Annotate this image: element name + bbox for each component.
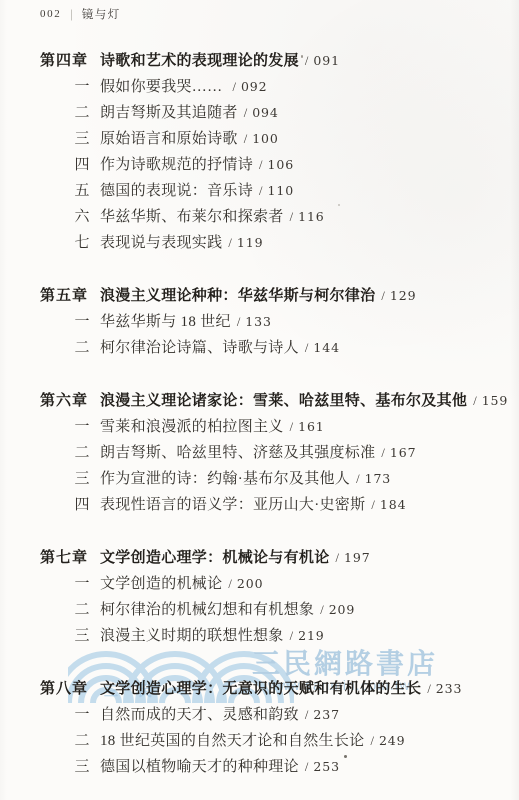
table-of-contents: 第四章诗歌和艺术的表现理论的发展/091 一假如你要我哭…… /092 二朗吉弩… xyxy=(40,48,507,800)
item-title: 华兹华斯与 18 世纪 xyxy=(100,314,231,330)
item-page-number: 173 xyxy=(365,471,392,486)
item-page-number: 237 xyxy=(313,707,340,722)
chapter-page-number: 091 xyxy=(313,53,340,68)
chapter-heading: 第六章浪漫主义理论诸家论：雪莱、哈兹里特、基布尔及其他/159 xyxy=(40,388,507,414)
page-separator: / xyxy=(232,80,235,94)
item-page-number: 100 xyxy=(252,131,279,146)
item-title: 表现说与表现实践 xyxy=(100,235,222,251)
chapter-page-number: 129 xyxy=(390,288,417,303)
chapter-label: 第四章 xyxy=(40,48,100,74)
toc-item: 一文学创造的机械论/200 xyxy=(40,571,507,597)
item-title: 雪莱和浪漫派的柏拉图主义 xyxy=(100,419,284,435)
page-separator: / xyxy=(290,420,293,434)
book-page: 三民 三民網路書店 www.sanmin.com.tw 002 | 镜与灯 第四… xyxy=(0,0,519,800)
page-separator: / xyxy=(356,472,359,486)
chapter-label: 第八章 xyxy=(40,676,100,702)
item-page-number: 184 xyxy=(380,497,407,512)
page-separator: / xyxy=(371,498,374,512)
item-page-number: 116 xyxy=(298,209,325,224)
item-title: 柯尔律治论诗篇、诗歌与诗人 xyxy=(100,340,299,356)
item-page-number: 144 xyxy=(313,340,340,355)
toc-item: 一华兹华斯与 18 世纪/133 xyxy=(40,309,507,335)
item-title: 表现性语言的语义学：亚历山大·史密斯 xyxy=(100,497,365,513)
chapter-title: 浪漫主义理论种种：华兹华斯与柯尔律治 xyxy=(100,288,375,304)
item-number: 一 xyxy=(70,702,94,728)
chapter-title: 文学创造心理学：无意识的天赋和有机体的生长 xyxy=(100,681,421,697)
toc-item: 三德国以植物喻天才的种种理论/253 xyxy=(40,754,507,780)
item-number: 一 xyxy=(70,571,94,597)
page-separator: / xyxy=(290,629,293,643)
item-title: 浪漫主义时期的联想性想象 xyxy=(100,628,284,644)
page-separator: / xyxy=(381,446,384,460)
item-title: 原始语言和原始诗歌 xyxy=(100,131,238,147)
chapter-label: 第六章 xyxy=(40,388,100,414)
toc-item: 六华兹华斯、布莱尔和探索者/116 xyxy=(40,204,507,230)
item-page-number: 092 xyxy=(241,79,268,94)
chapter-page-number: 233 xyxy=(436,681,463,696)
item-number: 一 xyxy=(70,74,94,100)
chapter-title: 诗歌和艺术的表现理论的发展 xyxy=(100,53,299,69)
chapter-label: 第五章 xyxy=(40,283,100,309)
chapter-title: 文学创造心理学：机械论与有机论 xyxy=(100,550,330,566)
page-separator: / xyxy=(259,158,262,172)
item-number: 三 xyxy=(70,754,94,780)
item-number: 三 xyxy=(70,126,94,152)
item-title: 柯尔律治的机械幻想和有机想象 xyxy=(100,602,314,618)
item-page-number: 161 xyxy=(298,419,325,434)
item-page-number: 106 xyxy=(268,157,295,172)
item-page-number: 094 xyxy=(252,105,279,120)
item-page-number: 209 xyxy=(329,602,356,617)
item-title: 18 世纪英国的自然天才论和自然生长论 xyxy=(100,733,364,749)
toc-item: 二柯尔律治的机械幻想和有机想象/209 xyxy=(40,597,507,623)
item-number: 二 xyxy=(70,728,94,754)
page-separator: / xyxy=(305,760,308,774)
item-page-number: 200 xyxy=(237,576,264,591)
toc-chapter-4: 第四章诗歌和艺术的表现理论的发展/091 一假如你要我哭…… /092 二朗吉弩… xyxy=(40,48,507,256)
toc-item: 二柯尔律治论诗篇、诗歌与诗人/144 xyxy=(40,335,507,361)
page-separator: / xyxy=(228,577,231,591)
toc-chapter-8: 第八章文学创造心理学：无意识的天赋和有机体的生长/233 一自然而成的天才、灵感… xyxy=(40,676,507,780)
item-page-number: 167 xyxy=(390,445,417,460)
page-separator: / xyxy=(244,106,247,120)
chapter-page-number: 159 xyxy=(482,393,509,408)
header-separator: | xyxy=(70,6,72,22)
toc-item: 二朗吉弩斯、哈兹里特、济慈及其强度标准/167 xyxy=(40,440,507,466)
paper-speck xyxy=(344,755,347,758)
item-title: 自然而成的天才、灵感和韵致 xyxy=(100,707,299,723)
chapter-heading: 第四章诗歌和艺术的表现理论的发展/091 xyxy=(40,48,507,74)
item-page-number: 219 xyxy=(298,628,325,643)
item-number: 二 xyxy=(70,597,94,623)
running-head: 002 | 镜与灯 xyxy=(40,5,121,23)
toc-item: 七表现说与表现实践/119 xyxy=(40,230,507,256)
page-separator: / xyxy=(370,734,373,748)
page-separator: / xyxy=(228,236,231,250)
toc-item: 一雪莱和浪漫派的柏拉图主义/161 xyxy=(40,414,507,440)
page-separator: / xyxy=(237,315,240,329)
page-separator: / xyxy=(320,603,323,617)
toc-item: 三原始语言和原始诗歌/100 xyxy=(40,126,507,152)
paper-speck xyxy=(338,204,340,206)
toc-item: 三作为宣泄的诗：约翰·基布尔及其他人/173 xyxy=(40,466,507,492)
toc-chapter-7: 第七章文学创造心理学：机械论与有机论/197 一文学创造的机械论/200 二柯尔… xyxy=(40,545,507,649)
item-title: 德国以植物喻天才的种种理论 xyxy=(100,759,299,775)
item-page-number: 249 xyxy=(379,733,406,748)
toc-item: 一假如你要我哭…… /092 xyxy=(40,74,507,100)
chapter-title: 浪漫主义理论诸家论：雪莱、哈兹里特、基布尔及其他 xyxy=(100,393,467,409)
page-separator: / xyxy=(244,132,247,146)
item-number: 一 xyxy=(70,309,94,335)
item-number: 三 xyxy=(70,466,94,492)
toc-chapter-5: 第五章浪漫主义理论种种：华兹华斯与柯尔律治/129 一华兹华斯与 18 世纪/1… xyxy=(40,283,507,361)
chapter-page-number: 197 xyxy=(344,550,371,565)
item-number: 七 xyxy=(70,230,94,256)
item-page-number: 119 xyxy=(237,235,264,250)
item-title: 作为宣泄的诗：约翰·基布尔及其他人 xyxy=(100,471,350,487)
page-separator: / xyxy=(305,341,308,355)
item-number: 一 xyxy=(70,414,94,440)
chapter-heading: 第七章文学创造心理学：机械论与有机论/197 xyxy=(40,545,507,571)
page-separator: / xyxy=(336,551,339,565)
page-separator: / xyxy=(259,184,262,198)
item-number: 六 xyxy=(70,204,94,230)
item-number: 四 xyxy=(70,152,94,178)
page-separator: / xyxy=(427,682,430,696)
toc-item: 五德国的表现说：音乐诗/110 xyxy=(40,178,507,204)
item-number: 四 xyxy=(70,492,94,518)
page-separator: / xyxy=(290,210,293,224)
chapter-heading: 第八章文学创造心理学：无意识的天赋和有机体的生长/233 xyxy=(40,676,507,702)
item-title: 朗吉弩斯、哈兹里特、济慈及其强度标准 xyxy=(100,445,375,461)
item-title: 德国的表现说：音乐诗 xyxy=(100,183,253,199)
item-title: 朗吉弩斯及其追随者 xyxy=(100,105,238,121)
item-title: 作为诗歌规范的抒情诗 xyxy=(100,157,253,173)
paper-speck xyxy=(301,55,303,58)
page-separator: / xyxy=(473,394,476,408)
toc-item: 四作为诗歌规范的抒情诗/106 xyxy=(40,152,507,178)
item-title: 华兹华斯、布莱尔和探索者 xyxy=(100,209,284,225)
item-number: 二 xyxy=(70,100,94,126)
book-title: 镜与灯 xyxy=(82,6,121,22)
page-separator: / xyxy=(305,54,308,68)
item-number: 二 xyxy=(70,335,94,361)
item-page-number: 133 xyxy=(245,314,272,329)
toc-item: 一自然而成的天才、灵感和韵致/237 xyxy=(40,702,507,728)
folio-number: 002 xyxy=(40,8,61,20)
item-title: 文学创造的机械论 xyxy=(100,576,222,592)
item-page-number: 110 xyxy=(268,183,295,198)
item-number: 三 xyxy=(70,623,94,649)
chapter-label: 第七章 xyxy=(40,545,100,571)
chapter-heading: 第五章浪漫主义理论种种：华兹华斯与柯尔律治/129 xyxy=(40,283,507,309)
toc-item: 二18 世纪英国的自然天才论和自然生长论/249 xyxy=(40,728,507,754)
item-page-number: 253 xyxy=(313,759,340,774)
toc-chapter-6: 第六章浪漫主义理论诸家论：雪莱、哈兹里特、基布尔及其他/159 一雪莱和浪漫派的… xyxy=(40,388,507,518)
page-separator: / xyxy=(305,708,308,722)
item-number: 二 xyxy=(70,440,94,466)
toc-item: 四表现性语言的语义学：亚历山大·史密斯/184 xyxy=(40,492,507,518)
toc-item: 三浪漫主义时期的联想性想象/219 xyxy=(40,623,507,649)
toc-item: 二朗吉弩斯及其追随者/094 xyxy=(40,100,507,126)
page-separator: / xyxy=(381,289,384,303)
item-title: 假如你要我哭…… xyxy=(100,79,226,95)
item-number: 五 xyxy=(70,178,94,204)
